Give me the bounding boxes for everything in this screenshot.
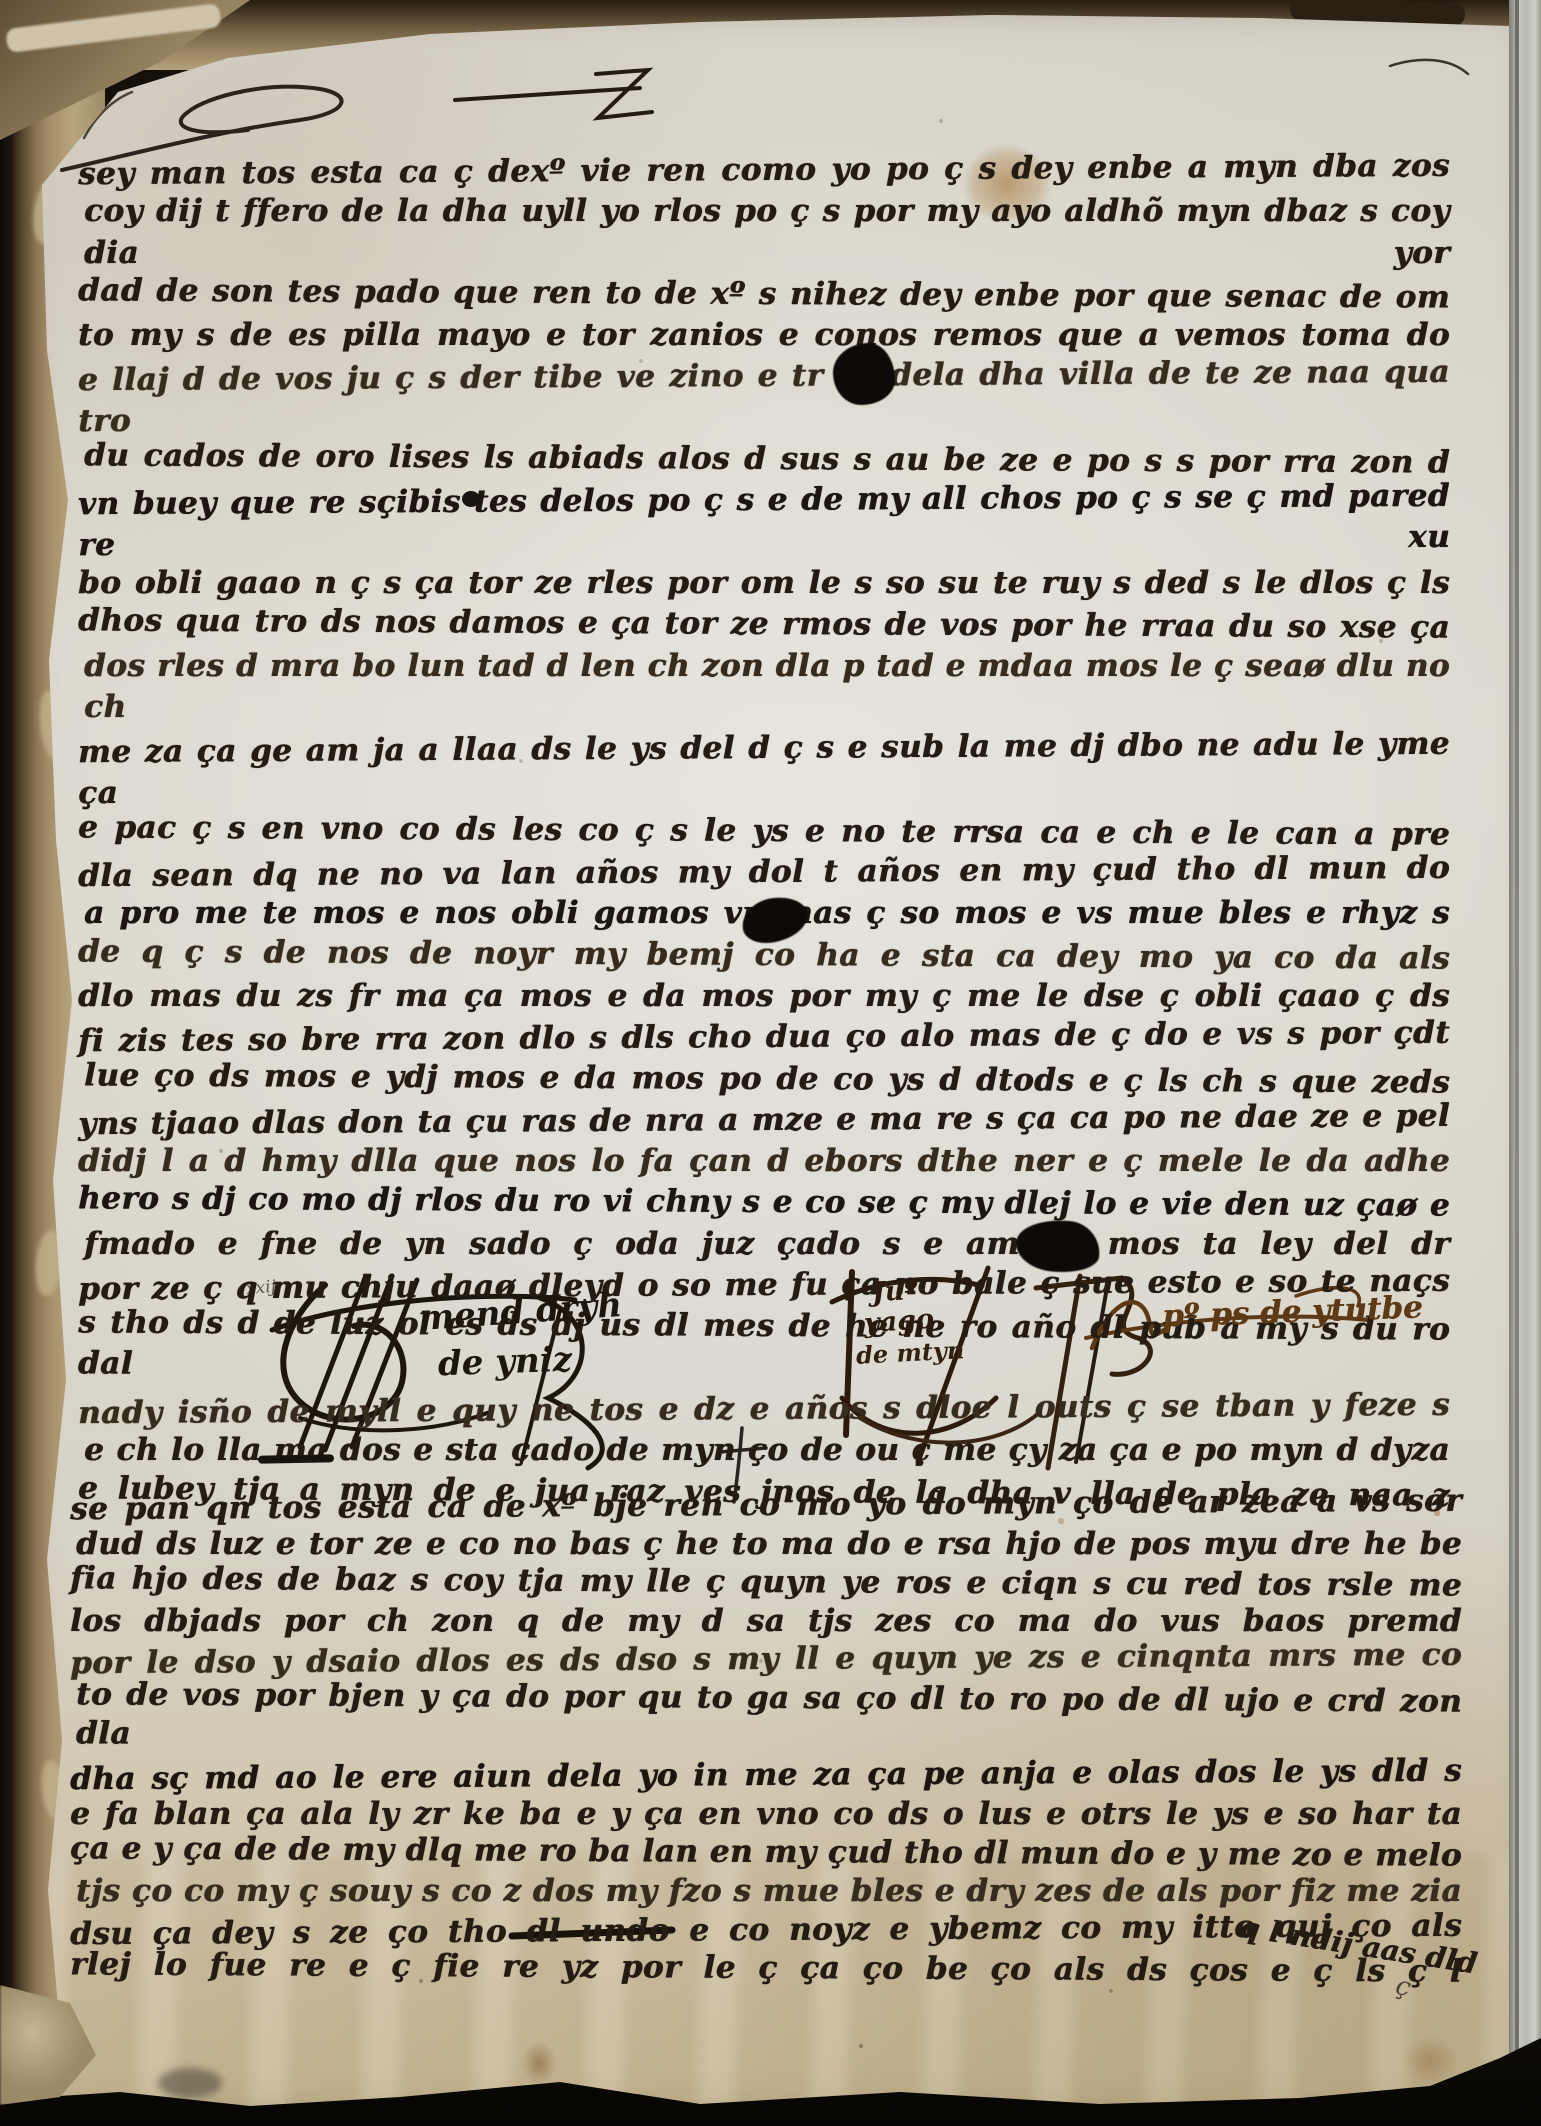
manuscript-line: fmado e fne de yn sado ç oda juz çado s … — [84, 1224, 1450, 1265]
manuscript-line: vn buey que re sçibis tes delos po ç s e… — [78, 476, 1450, 567]
manuscript-line: yns tjaao dlas don ta çu ras de nra a mz… — [78, 1096, 1450, 1146]
manuscript-line: nady isño de myll e quy ne tos e dz e añ… — [78, 1385, 1450, 1435]
manuscript-line: coy dij t ffero de la dha uyll yo rlos p… — [84, 191, 1450, 274]
manuscript-line: dlo mas du zs fr ma ça mos e da mos por … — [78, 976, 1450, 1017]
signature-center-name: Juº — [871, 1275, 918, 1308]
manuscript-line: fi zis tes so bre rra zon dlo s dls cho … — [78, 1013, 1450, 1063]
manuscript-line: dud ds luz e tor ze e co no bas ç he to … — [76, 1525, 1462, 1564]
folio-edge-groove — [1515, 0, 1519, 2126]
manuscript-line: dad de son tes pado que ren to de xº s n… — [78, 270, 1450, 318]
manuscript-line: dla sean dq ne no va lan años my dol t a… — [78, 848, 1450, 898]
signature-center-name: yago — [863, 1304, 935, 1340]
manuscript-line: me za ça ge am ja a llaa ds le ys del d … — [78, 724, 1450, 815]
manuscript-line: dha sç md ao le ere aiun dela yo in me z… — [70, 1752, 1462, 1799]
z-mark — [596, 70, 652, 118]
manuscript-line: tjs ço co my ç souy s co z dos my fzo s … — [76, 1872, 1462, 1911]
manuscript-line: e ch lo lla ma dos e sta çado de myn ço … — [84, 1430, 1450, 1471]
adjacent-folio-edge — [1509, 0, 1541, 2126]
manuscript-line: rlej lo fue re e ç fie re yz por le ç ça… — [70, 1945, 1462, 1991]
manuscript-line: to de vos por bjen y ça do por qu to ga … — [76, 1675, 1462, 1759]
manuscript-page-scan: xxij sey man tos esta ca ç dexº vie ren … — [0, 0, 1541, 2126]
ink-dot — [462, 491, 480, 507]
ink-blot — [833, 343, 895, 405]
manuscript-line: e fa blan ça ala ly zr ke ba e y ça en v… — [70, 1795, 1462, 1834]
z-mark — [455, 88, 640, 100]
manuscript-line: fia hjo des de baz s coy tja my lle ç qu… — [70, 1560, 1462, 1606]
manuscript-line: dos rles d mra bo lun tad d len ch zon d… — [84, 646, 1450, 729]
signature-center-name: de mtyn — [855, 1335, 965, 1370]
manuscript-line: didj l a d hmy dlla que nos lo fa çan d … — [78, 1141, 1450, 1182]
manuscript-line: ça e y ça de de my dlq me ro ba lan en m… — [70, 1830, 1462, 1876]
manuscript-line: los dbjads por ch zon q de my d sa tjs z… — [70, 1602, 1462, 1641]
manuscript-line: to my s de es pilla mayo e tor zanios e … — [78, 315, 1450, 356]
manuscript-line: e llaj d de vos ju ç s der tibe ve zino … — [78, 352, 1450, 443]
signature-left-name: de yniz — [437, 1340, 572, 1385]
manuscript-line: hero s dj co mo dj rlos du ro vi chny s … — [78, 1179, 1450, 1227]
manuscript-line: sey man tos esta ca ç dexº vie ren como … — [78, 146, 1450, 196]
ink-dash — [258, 1454, 334, 1463]
manuscript-line: dhos qua tro ds nos damos e ça tor ze rm… — [78, 601, 1450, 649]
manuscript-line: se pan qn tos esta ca de xº bje ren co m… — [70, 1482, 1462, 1529]
manuscript-line: bo obli gaao n ç s ça tor ze rles por om… — [78, 563, 1450, 604]
parchment-page: xxij sey man tos esta ca ç dexº vie ren … — [0, 0, 1541, 2126]
